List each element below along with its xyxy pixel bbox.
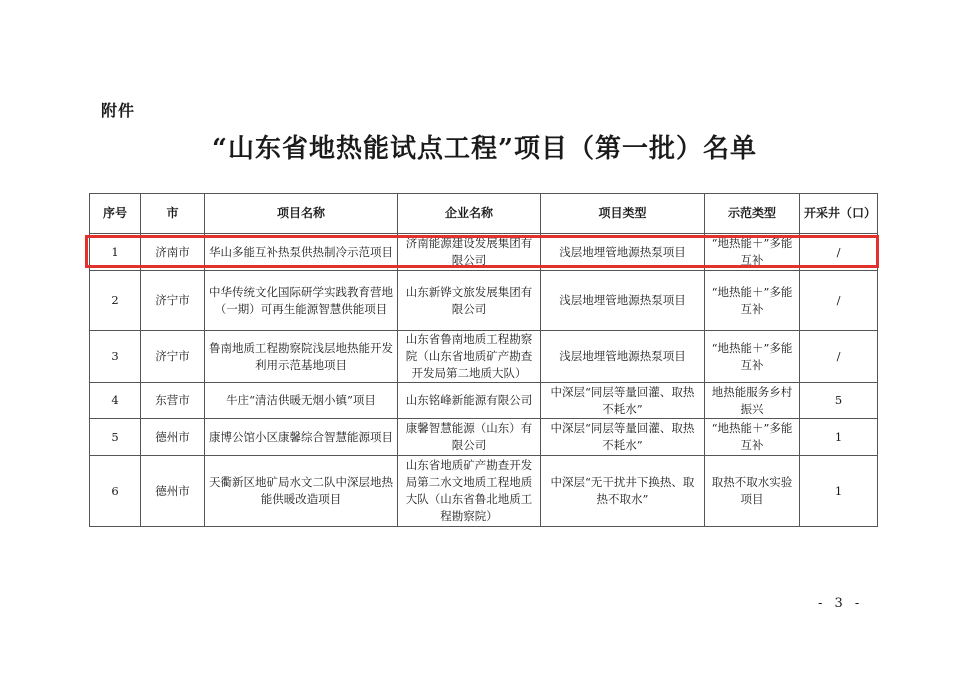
cell-type: 中深层“无干扰井下换热、取热不取水” xyxy=(541,456,705,527)
document-title: “山东省地热能试点工程”项目（第一批）名单 xyxy=(0,128,969,165)
cell-demo: “地热能＋”多能互补 xyxy=(705,271,800,331)
cell-company: 山东铭峰新能源有限公司 xyxy=(398,383,541,419)
table-row: 2 济宁市 中华传统文化国际研学实践教育营地（一期）可再生能源智慧供能项目 山东… xyxy=(90,271,878,331)
attachment-label: 附件 xyxy=(101,98,135,121)
cell-wells: 1 xyxy=(800,456,878,527)
cell-demo: 地热能服务乡村振兴 xyxy=(705,383,800,419)
cell-project: 天衢新区地矿局水文二队中深层地热能供暖改造项目 xyxy=(205,456,398,527)
cell-project: 康博公馆小区康馨综合智慧能源项目 xyxy=(205,419,398,456)
cell-demo: 取热不取水实验项目 xyxy=(705,456,800,527)
cell-no: 5 xyxy=(90,419,141,456)
cell-demo: “地热能＋”多能互补 xyxy=(705,234,800,271)
cell-project: 牛庄“清洁供暖无烟小镇”项目 xyxy=(205,383,398,419)
cell-company: 山东新铧文旅发展集团有限公司 xyxy=(398,271,541,331)
cell-city: 济宁市 xyxy=(141,331,205,383)
cell-company: 康馨智慧能源（山东）有限公司 xyxy=(398,419,541,456)
cell-wells: 1 xyxy=(800,419,878,456)
cell-type: 中深层“同层等量回灌、取热不耗水” xyxy=(541,383,705,419)
cell-no: 2 xyxy=(90,271,141,331)
cell-company: 山东省地质矿产勘查开发局第二水文地质工程地质大队（山东省鲁北地质工程勘察院） xyxy=(398,456,541,527)
cell-wells: / xyxy=(800,271,878,331)
cell-city: 济宁市 xyxy=(141,271,205,331)
cell-city: 德州市 xyxy=(141,419,205,456)
cell-no: 4 xyxy=(90,383,141,419)
cell-city: 东营市 xyxy=(141,383,205,419)
cell-wells: / xyxy=(800,331,878,383)
cell-type: 浅层地埋管地源热泵项目 xyxy=(541,234,705,271)
cell-project: 鲁南地质工程勘察院浅层地热能开发利用示范基地项目 xyxy=(205,331,398,383)
header-city: 市 xyxy=(141,194,205,234)
cell-type: 浅层地埋管地源热泵项目 xyxy=(541,271,705,331)
cell-company: 山东省鲁南地质工程勘察院（山东省地质矿产勘查开发局第二地质大队） xyxy=(398,331,541,383)
header-wells: 开采井（口） xyxy=(800,194,878,234)
header-type: 项目类型 xyxy=(541,194,705,234)
table-row: 3 济宁市 鲁南地质工程勘察院浅层地热能开发利用示范基地项目 山东省鲁南地质工程… xyxy=(90,331,878,383)
cell-type: 浅层地埋管地源热泵项目 xyxy=(541,331,705,383)
cell-company: 济南能源建设发展集团有限公司 xyxy=(398,234,541,271)
cell-city: 济南市 xyxy=(141,234,205,271)
cell-wells: / xyxy=(800,234,878,271)
table-row: 1 济南市 华山多能互补热泵供热制冷示范项目 济南能源建设发展集团有限公司 浅层… xyxy=(90,234,878,271)
cell-demo: “地热能＋”多能互补 xyxy=(705,331,800,383)
project-list-table: 序号 市 项目名称 企业名称 项目类型 示范类型 开采井（口） 1 济南市 华山… xyxy=(89,193,878,527)
header-project: 项目名称 xyxy=(205,194,398,234)
header-demo: 示范类型 xyxy=(705,194,800,234)
cell-wells: 5 xyxy=(800,383,878,419)
table-row: 5 德州市 康博公馆小区康馨综合智慧能源项目 康馨智慧能源（山东）有限公司 中深… xyxy=(90,419,878,456)
cell-city: 德州市 xyxy=(141,456,205,527)
table-header-row: 序号 市 项目名称 企业名称 项目类型 示范类型 开采井（口） xyxy=(90,194,878,234)
header-company: 企业名称 xyxy=(398,194,541,234)
cell-no: 6 xyxy=(90,456,141,527)
cell-no: 1 xyxy=(90,234,141,271)
cell-no: 3 xyxy=(90,331,141,383)
page-number: - 3 - xyxy=(818,596,863,611)
cell-project: 华山多能互补热泵供热制冷示范项目 xyxy=(205,234,398,271)
cell-project: 中华传统文化国际研学实践教育营地（一期）可再生能源智慧供能项目 xyxy=(205,271,398,331)
cell-demo: “地热能＋”多能互补 xyxy=(705,419,800,456)
cell-type: 中深层“同层等量回灌、取热不耗水” xyxy=(541,419,705,456)
header-no: 序号 xyxy=(90,194,141,234)
table-row: 4 东营市 牛庄“清洁供暖无烟小镇”项目 山东铭峰新能源有限公司 中深层“同层等… xyxy=(90,383,878,419)
table-row: 6 德州市 天衢新区地矿局水文二队中深层地热能供暖改造项目 山东省地质矿产勘查开… xyxy=(90,456,878,527)
